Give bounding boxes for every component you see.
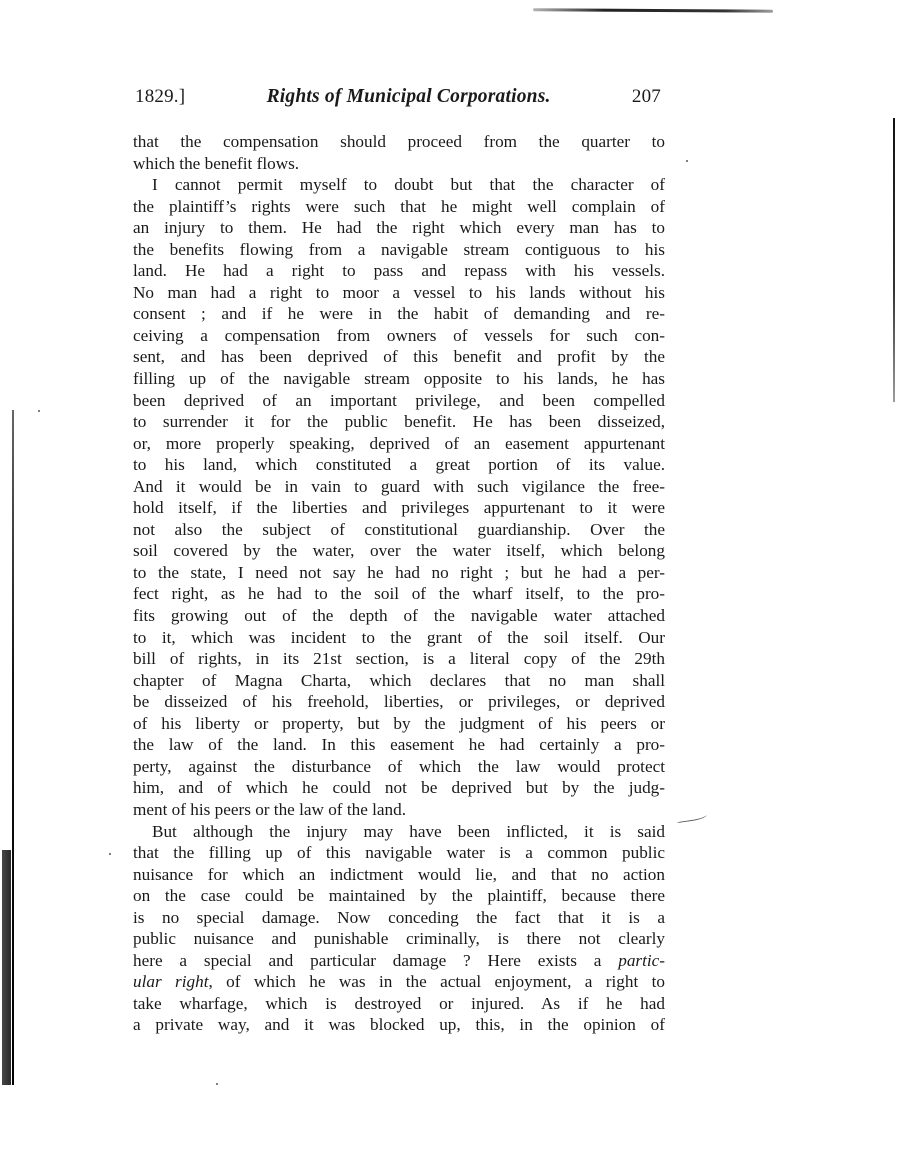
scan-speck — [109, 853, 111, 855]
text-line: the law of the land. In this easement he… — [133, 734, 665, 756]
text-line: land. He had a right to pass and repass … — [133, 260, 665, 282]
text-line: or, more properly speaking, deprived of … — [133, 433, 665, 455]
running-head-year: 1829.] — [133, 86, 185, 108]
running-head: 1829.] Rights of Municipal Corporations.… — [133, 86, 665, 116]
scan-artifact-left-edge — [12, 410, 14, 1085]
text-line: that the compensation should proceed fro… — [133, 131, 665, 153]
scan-speck — [686, 160, 688, 162]
text-line: soil covered by the water, over the wate… — [133, 540, 665, 562]
italic-emphasis: ular right — [133, 972, 208, 991]
ink-stroke-mark — [677, 812, 708, 823]
running-head-title: Rights of Municipal Corporations. — [267, 86, 551, 108]
text-line: filling up of the navigable stream oppos… — [133, 368, 665, 390]
text-line: to the state, I need not say he had no r… — [133, 562, 665, 584]
scan-artifact-right-edge — [893, 118, 895, 402]
text-line: him, and of which he could not be depriv… — [133, 777, 665, 799]
text-line: nuisance for which an indictment would l… — [133, 864, 665, 886]
text-line: is no special damage. Now conceding the … — [133, 907, 665, 929]
text-line: perty, against the disturbance of which … — [133, 756, 665, 778]
text-line: I cannot permit myself to doubt but that… — [133, 174, 665, 196]
scan-artifact-top-rule — [533, 8, 773, 12]
text-line: chapter of Magna Charta, which declares … — [133, 670, 665, 692]
text-line: to it, which was incident to the grant o… — [133, 627, 665, 649]
text-run: here a special and particular damage ? H… — [133, 951, 618, 970]
text-line: No man had a right to moor a vessel to h… — [133, 282, 665, 304]
scan-speck — [38, 410, 40, 412]
text-line: not also the subject of constitutional g… — [133, 519, 665, 541]
text-line: ular right, of which he was in the actua… — [133, 971, 665, 993]
text-line: fits growing out of the depth of the nav… — [133, 605, 665, 627]
text-line: an injury to them. He had the right whic… — [133, 217, 665, 239]
text-line: a private way, and it was blocked up, th… — [133, 1014, 665, 1036]
text-line: And it would be in vain to guard with su… — [133, 476, 665, 498]
text-line: which the benefit flows. — [133, 153, 665, 175]
text-line: that the filling up of this navigable wa… — [133, 842, 665, 864]
text-line: to his land, which constituted a great p… — [133, 454, 665, 476]
text-line: the plaintiff’s rights were such that he… — [133, 196, 665, 218]
scan-artifact-left-edge-shadow — [2, 850, 11, 1085]
text-line: the benefits flowing from a navigable st… — [133, 239, 665, 261]
text-line: hold itself, if the liberties and privil… — [133, 497, 665, 519]
text-line: be disseized of his freehold, liberties,… — [133, 691, 665, 713]
text-line: But although the injury may have been in… — [133, 821, 665, 843]
body-text: that the compensation should proceed fro… — [133, 131, 665, 1036]
text-line: consent ; and if he were in the habit of… — [133, 303, 665, 325]
text-line: fect right, as he had to the soil of the… — [133, 583, 665, 605]
text-line: on the case could be maintained by the p… — [133, 885, 665, 907]
scan-speck — [216, 1083, 218, 1085]
italic-emphasis: partic- — [618, 951, 665, 970]
text-line: take wharfage, which is destroyed or inj… — [133, 993, 665, 1015]
text-line: ceiving a compensation from owners of ve… — [133, 325, 665, 347]
text-line: here a special and particular damage ? H… — [133, 950, 665, 972]
text-line: been deprived of an important privilege,… — [133, 390, 665, 412]
book-page: 1829.] Rights of Municipal Corporations.… — [133, 86, 665, 1036]
text-line: of his liberty or property, but by the j… — [133, 713, 665, 735]
text-run: , of which he was in the actual enjoymen… — [208, 972, 665, 991]
text-line: sent, and has been deprived of this bene… — [133, 346, 665, 368]
text-line: ment of his peers or the law of the land… — [133, 799, 665, 821]
page-number: 207 — [632, 86, 665, 108]
text-line: to surrender it for the public benefit. … — [133, 411, 665, 433]
text-line: bill of rights, in its 21st section, is … — [133, 648, 665, 670]
text-line: public nuisance and punishable criminall… — [133, 928, 665, 950]
